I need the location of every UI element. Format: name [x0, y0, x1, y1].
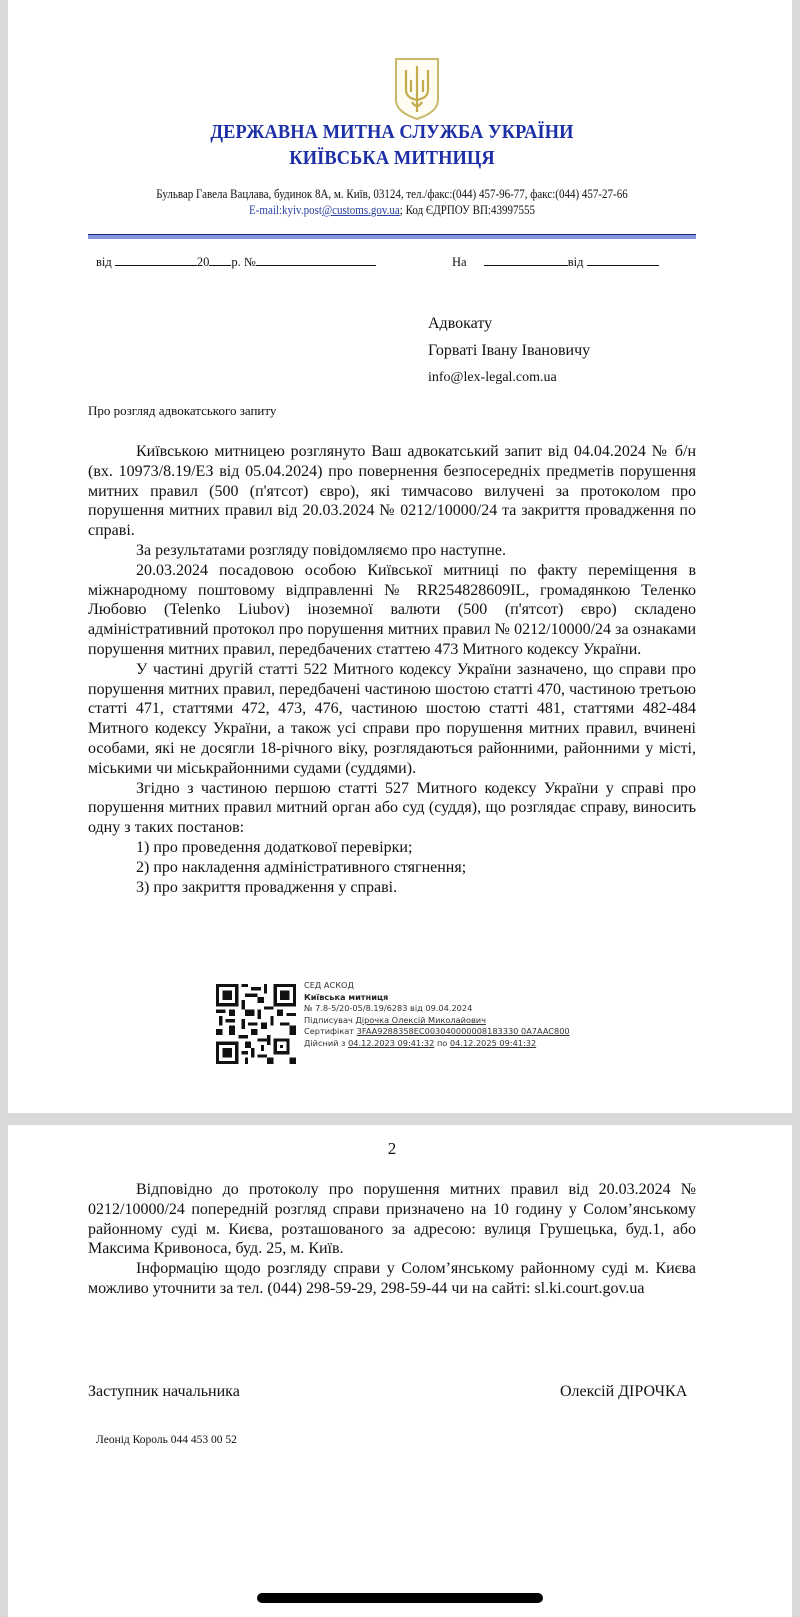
incoming-date-blank [587, 256, 659, 266]
stamp-validity-row: Дійсний з 04.12.2023 09:41:32 по 04.12.2… [304, 1038, 570, 1050]
paragraph: У частині другій статті 522 Митного коде… [88, 660, 696, 779]
letter-subject: Про розгляд адвокатського запиту [88, 403, 276, 419]
paragraph: Згідно з частиною першою статті 527 Митн… [88, 779, 696, 838]
agency-name: ДЕРЖАВНА МИТНА СЛУЖБА УКРАЇНИ [31, 121, 752, 144]
valid-to-link[interactable]: 04.12.2025 09:41:32 [450, 1038, 536, 1048]
list-item: 1) про проведення додаткової перевірки; [88, 838, 696, 858]
paragraph: 20.03.2024 посадовою особою Київської ми… [88, 561, 696, 660]
recipient-name: Горваті Івану Івановичу [428, 342, 590, 360]
signatory-name: Олексій ДІРОЧКА [560, 1383, 687, 1401]
page-number: 2 [0, 1139, 784, 1159]
letter-body-page-2: Відповідно до протоколу про порушення ми… [88, 1180, 696, 1299]
customs-office-name: КИЇВСЬКА МИТНИЦЯ [31, 147, 752, 170]
stamp-certificate-row: Сертифікат 3FAA9288358EC0030400000081833… [304, 1026, 570, 1038]
year-blank [209, 256, 231, 266]
recipient-email[interactable]: info@lex-legal.com.ua [428, 370, 557, 386]
paragraph: Відповідно до протоколу про порушення ми… [88, 1180, 696, 1259]
header-divider [88, 234, 696, 239]
stamp-system: СЕД АСКОД [304, 980, 570, 992]
email-link[interactable]: @customs.gov.ua [322, 203, 400, 217]
signatory-position: Заступник начальника [88, 1383, 240, 1401]
home-indicator-bar[interactable] [257, 1593, 543, 1603]
paragraph: Інформацію щодо розгляду справи у Солом’… [88, 1259, 696, 1299]
email-prefix: E-mail:kyiv.post [249, 203, 322, 217]
valid-from-link[interactable]: 04.12.2023 09:41:32 [348, 1038, 434, 1048]
incoming-reference: На від [452, 255, 659, 270]
edrpou-code: ; Код ЄДРПОУ ВП:43997555 [400, 203, 535, 217]
list-item: 2) про накладення адміністративного стяг… [88, 858, 696, 878]
address-line: Бульвар Гавела Вацлава, будинок 8А, м. К… [47, 187, 737, 202]
incoming-number-blank [484, 256, 568, 266]
letter-body-page-1: Київською митницею розглянуто Ваш адвока… [88, 442, 696, 897]
outgoing-reference: від 20р. № [96, 255, 376, 270]
signer-link[interactable]: Дірочка Олексій Миколайович [355, 1015, 486, 1025]
stamp-organization: Київська митниця [304, 992, 570, 1004]
e-signature-stamp: СЕД АСКОД Київська митниця № 7.8-5/20-05… [304, 980, 570, 1050]
stamp-doc-number: № 7.8-5/20-05/8.19/6283 від 09.04.2024 [304, 1003, 570, 1015]
date-blank [115, 256, 197, 266]
number-blank [256, 256, 376, 266]
paragraph: За результатами розгляду повідомляємо пр… [88, 541, 696, 561]
executor-contact: Леонід Король 044 453 00 52 [96, 1434, 237, 1446]
qr-code-icon[interactable] [216, 984, 296, 1064]
paragraph: Київською митницею розглянуто Ваш адвока… [88, 442, 696, 541]
recipient-title: Адвокату [428, 315, 492, 333]
trident-coat-of-arms-icon [392, 56, 442, 122]
certificate-link[interactable]: 3FAA9288358EC003040000008183330 0A7AAC80… [357, 1026, 570, 1036]
stamp-signer-row: Підписувач Дірочка Олексій Миколайович [304, 1015, 570, 1027]
contact-line: E-mail:kyiv.post@customs.gov.ua; Код ЄДР… [47, 203, 737, 218]
list-item: 3) про закриття провадження у справі. [88, 878, 696, 898]
